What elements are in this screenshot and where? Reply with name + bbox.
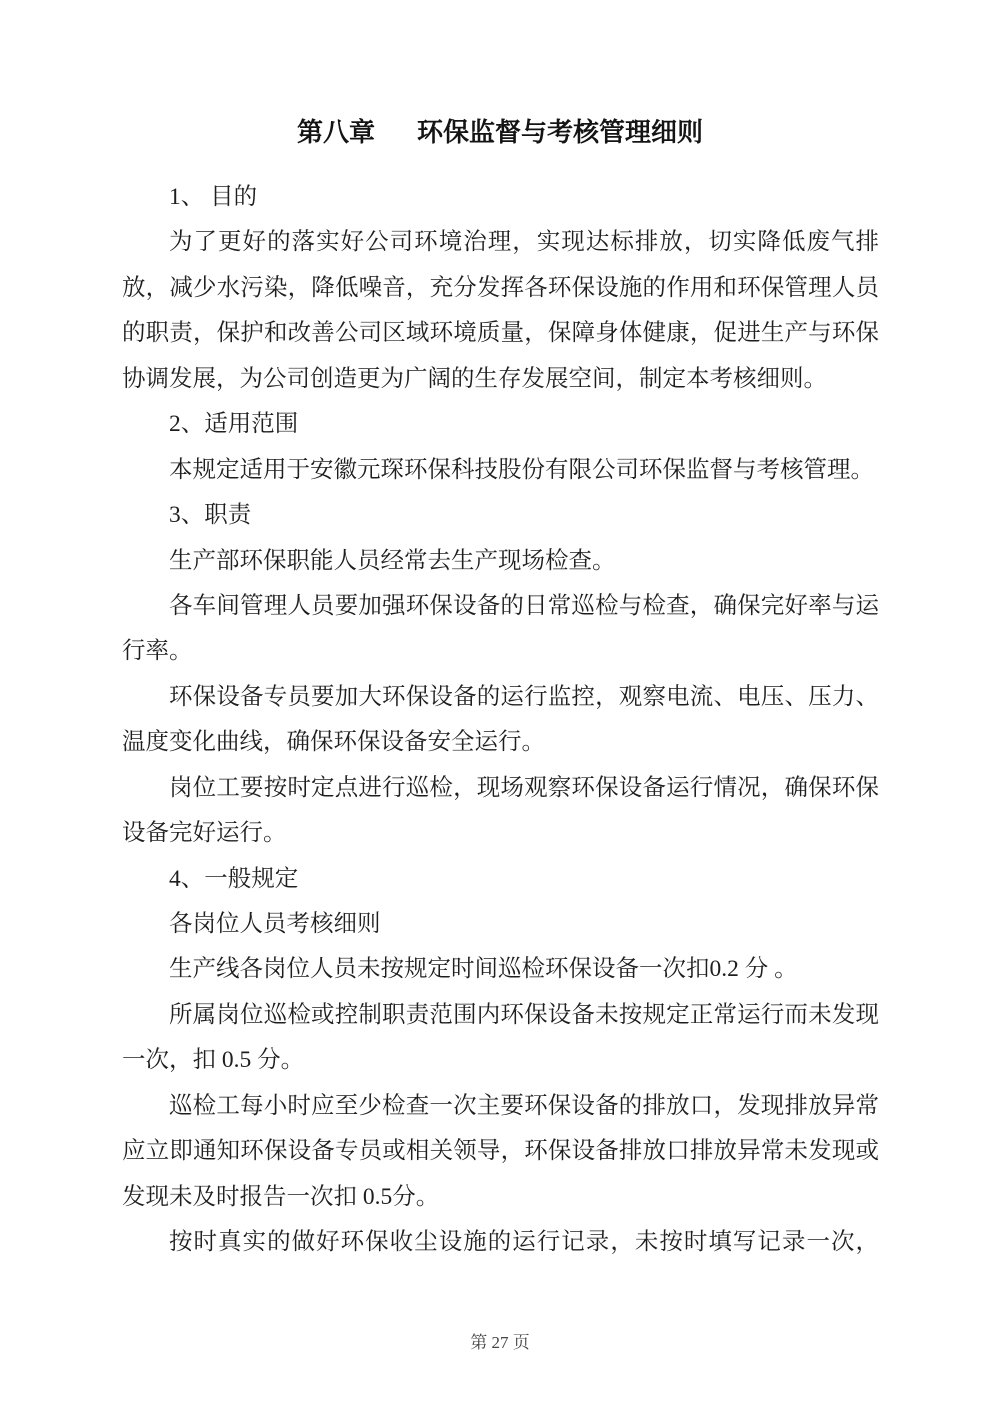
chapter-title: 第八章 环保监督与考核管理细则 <box>0 113 1000 153</box>
body-text-line: 岗位工要按时定点进行巡检，现场观察环保设备运行情况，确保环保 <box>122 766 879 811</box>
body-text-line: 为了更好的落实好公司环境治理，实现达标排放，切实降低废气排 <box>122 220 879 265</box>
body-text-line: 协调发展，为公司创造更为广阔的生存发展空间，制定本考核细则。 <box>122 357 879 402</box>
section-heading-scope: 2、适用范围 <box>122 402 879 447</box>
body-text-line: 发现未及时报告一次扣 0.5分。 <box>122 1175 879 1220</box>
body-text-line: 应立即通知环保设备专员或相关领导，环保设备排放口排放异常未发现或 <box>122 1129 879 1174</box>
body-text-line: 巡检工每小时应至少检查一次主要环保设备的排放口，发现排放异常 <box>122 1084 879 1129</box>
document-body: 1、 目的 为了更好的落实好公司环境治理，实现达标排放，切实降低废气排 放，减少… <box>122 175 879 1266</box>
section-heading-responsibilities: 3、职责 <box>122 493 879 538</box>
body-text-line: 按时真实的做好环保收尘设施的运行记录，未按时填写记录一次， <box>122 1220 879 1265</box>
page-footer: 第 27 页 <box>0 1332 1000 1354</box>
section-heading-purpose: 1、 目的 <box>122 175 879 220</box>
document-page: 第八章 环保监督与考核管理细则 1、 目的 为了更好的落实好公司环境治理，实现达… <box>0 0 1000 1415</box>
chapter-number: 第八章 <box>297 113 375 153</box>
body-text-line: 放，减少水污染，降低噪音，充分发挥各环保设施的作用和环保管理人员 <box>122 266 879 311</box>
body-text-line: 本规定适用于安徽元琛环保科技股份有限公司环保监督与考核管理。 <box>122 448 879 493</box>
body-text-line: 所属岗位巡检或控制职责范围内环保设备未按规定正常运行而未发现 <box>122 993 879 1038</box>
body-text-line: 各车间管理人员要加强环保设备的日常巡检与检查，确保完好率与运 <box>122 584 879 629</box>
page-number: 第 27 页 <box>470 1333 530 1352</box>
body-text-line: 一次，扣 0.5 分。 <box>122 1038 879 1083</box>
body-text-line: 设备完好运行。 <box>122 811 879 856</box>
section-heading-general-rules: 4、一般规定 <box>122 857 879 902</box>
body-text-line: 环保设备专员要加大环保设备的运行监控，观察电流、电压、压力、 <box>122 675 879 720</box>
body-text-line: 生产部环保职能人员经常去生产现场检查。 <box>122 539 879 584</box>
chapter-title-text: 环保监督与考核管理细则 <box>417 113 703 153</box>
body-text-line: 行率。 <box>122 629 879 674</box>
body-text-line: 温度变化曲线，确保环保设备安全运行。 <box>122 720 879 765</box>
body-text-line: 各岗位人员考核细则 <box>122 902 879 947</box>
body-text-line: 的职责，保护和改善公司区域环境质量，保障身体健康，促进生产与环保 <box>122 311 879 356</box>
body-text-line: 生产线各岗位人员未按规定时间巡检环保设备一次扣0.2 分 。 <box>122 947 879 992</box>
